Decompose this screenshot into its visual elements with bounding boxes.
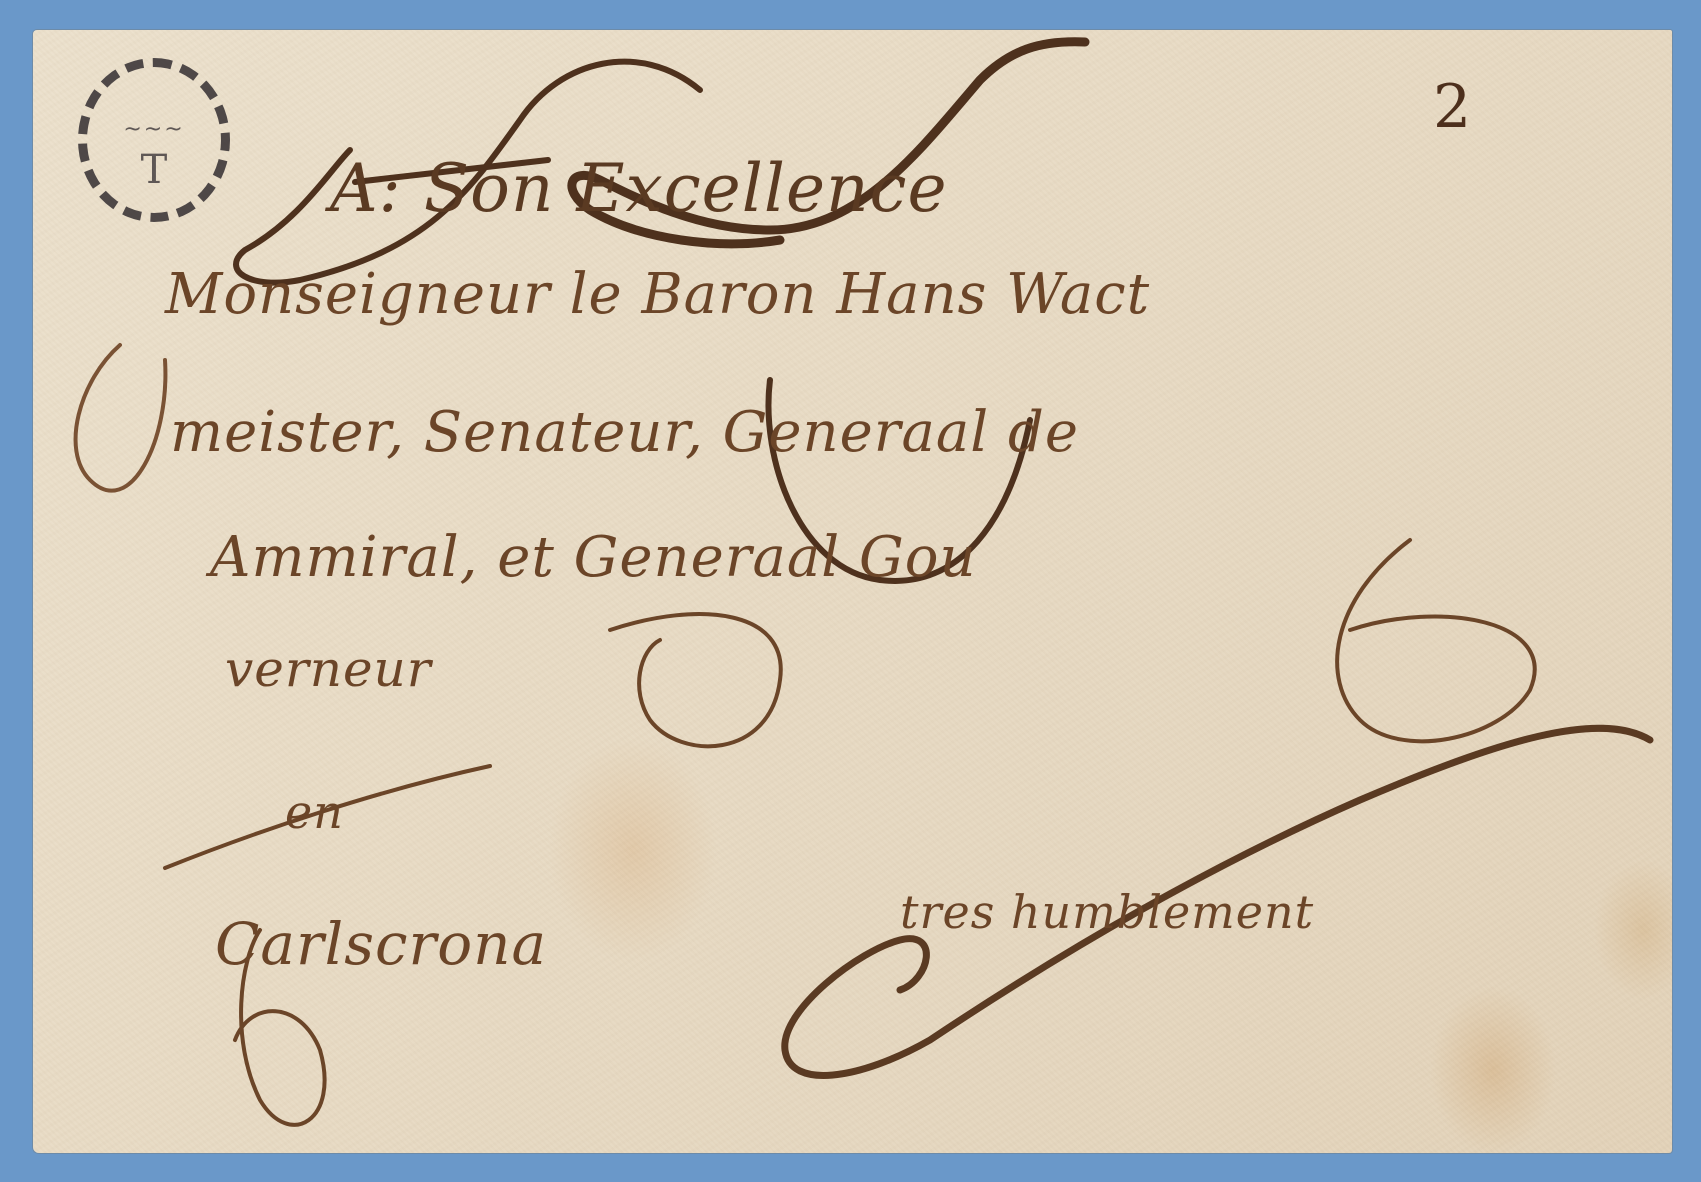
closing-tres-humblement: tres humblement [900, 885, 1314, 939]
address-line-salutation: A: Son Excellence [330, 150, 948, 227]
postmark-text-top: ~~~ [87, 117, 221, 142]
address-line-ammiral: Ammiral, et Generaal Gou [210, 525, 977, 590]
postage-rate-mark: 2 [1433, 72, 1472, 142]
address-line-verneur: verneur [225, 640, 432, 698]
address-line-meister: meister, Senateur, Generaal de [170, 400, 1079, 465]
address-line-en: en [285, 785, 344, 839]
flourish-c-monseigneur [76, 345, 166, 491]
flourish-loop-right [1337, 540, 1535, 741]
flourish-loop-ammiral [610, 614, 781, 746]
circular-postmark: ~~~ T [78, 58, 230, 222]
address-line-monseigneur: Monseigneur le Baron Hans Wact [165, 262, 1150, 327]
address-line-city: Carlscrona [215, 910, 547, 978]
postmark-text-center: T [87, 147, 221, 193]
